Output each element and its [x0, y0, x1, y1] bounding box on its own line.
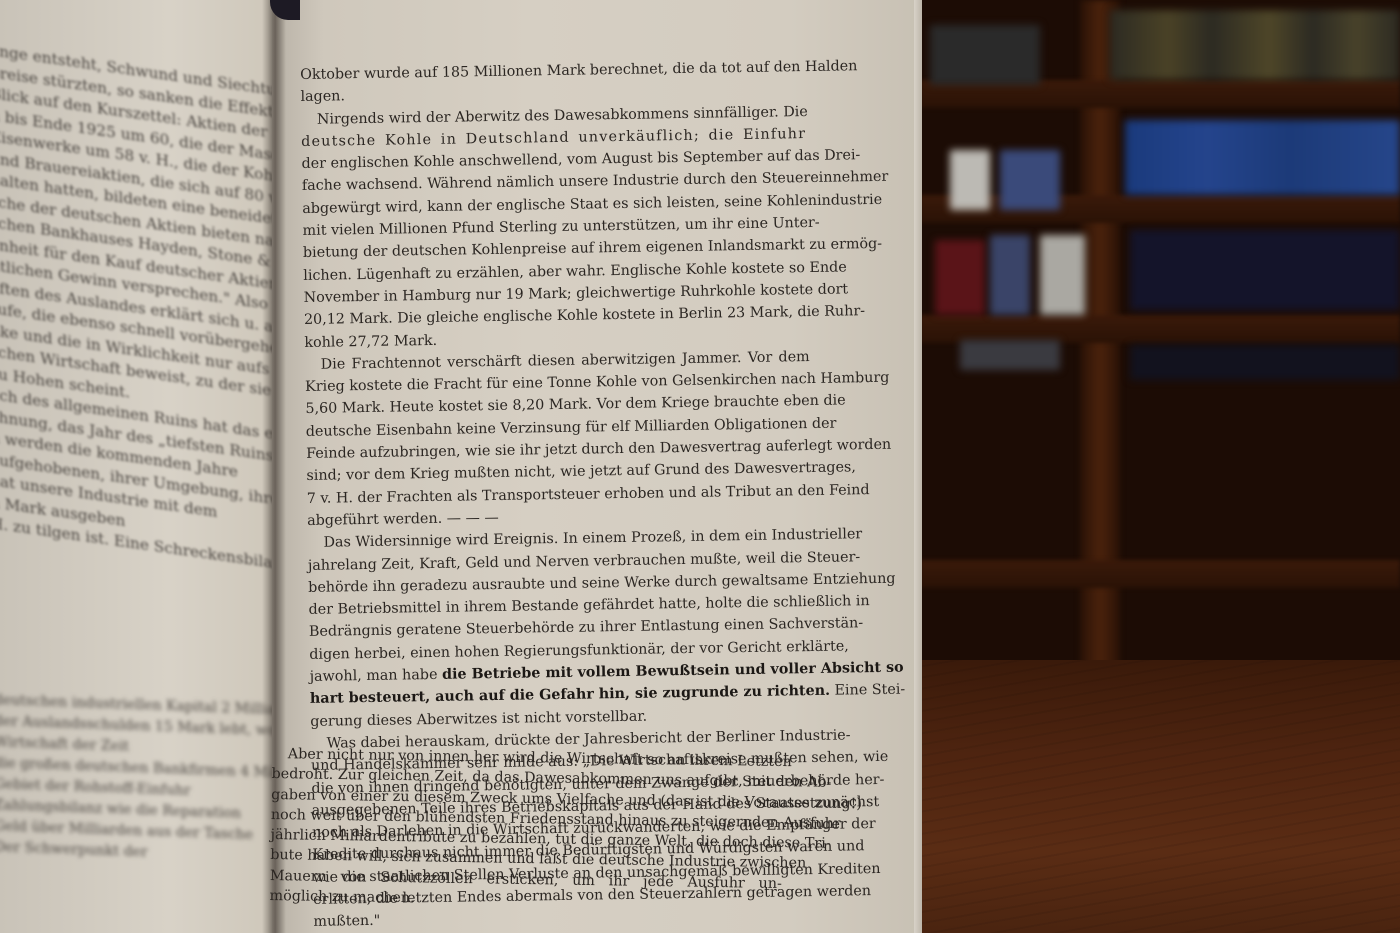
photo-scene: ange entsteht, Schwund und Siechtum. Wo … — [0, 0, 1400, 933]
shelf-board — [920, 560, 1400, 588]
book-spine-white — [950, 150, 990, 210]
book-spine — [990, 235, 1030, 315]
left-page-lower-text: deutschen industriellen Kapital 2 Millia… — [0, 690, 282, 868]
dark-book-row — [1130, 345, 1400, 380]
book-spines — [960, 340, 1060, 370]
text-segment: jawohl, man habe — [310, 667, 443, 685]
right-page-bottom-text: Aber nicht nur von innen her wird die Wi… — [269, 744, 783, 914]
left-book-page: ange entsteht, Schwund und Siechtum. Wo … — [0, 0, 282, 933]
book-spine-blue — [1000, 150, 1060, 210]
shelf-board — [920, 195, 1400, 223]
text-segment: Eine Stei- — [830, 682, 905, 699]
shelf-board — [920, 315, 1400, 343]
table-grain — [900, 660, 1400, 933]
blue-book-row — [1125, 120, 1400, 195]
book-spine-red — [935, 240, 985, 315]
dark-book-row — [1130, 230, 1400, 310]
page-edge — [914, 0, 922, 933]
book-spines — [930, 25, 1040, 85]
book-spine-white — [1040, 235, 1085, 315]
book-spines — [1110, 10, 1400, 80]
left-page-text: ange entsteht, Schwund und Siechtum. Wo … — [0, 40, 282, 578]
